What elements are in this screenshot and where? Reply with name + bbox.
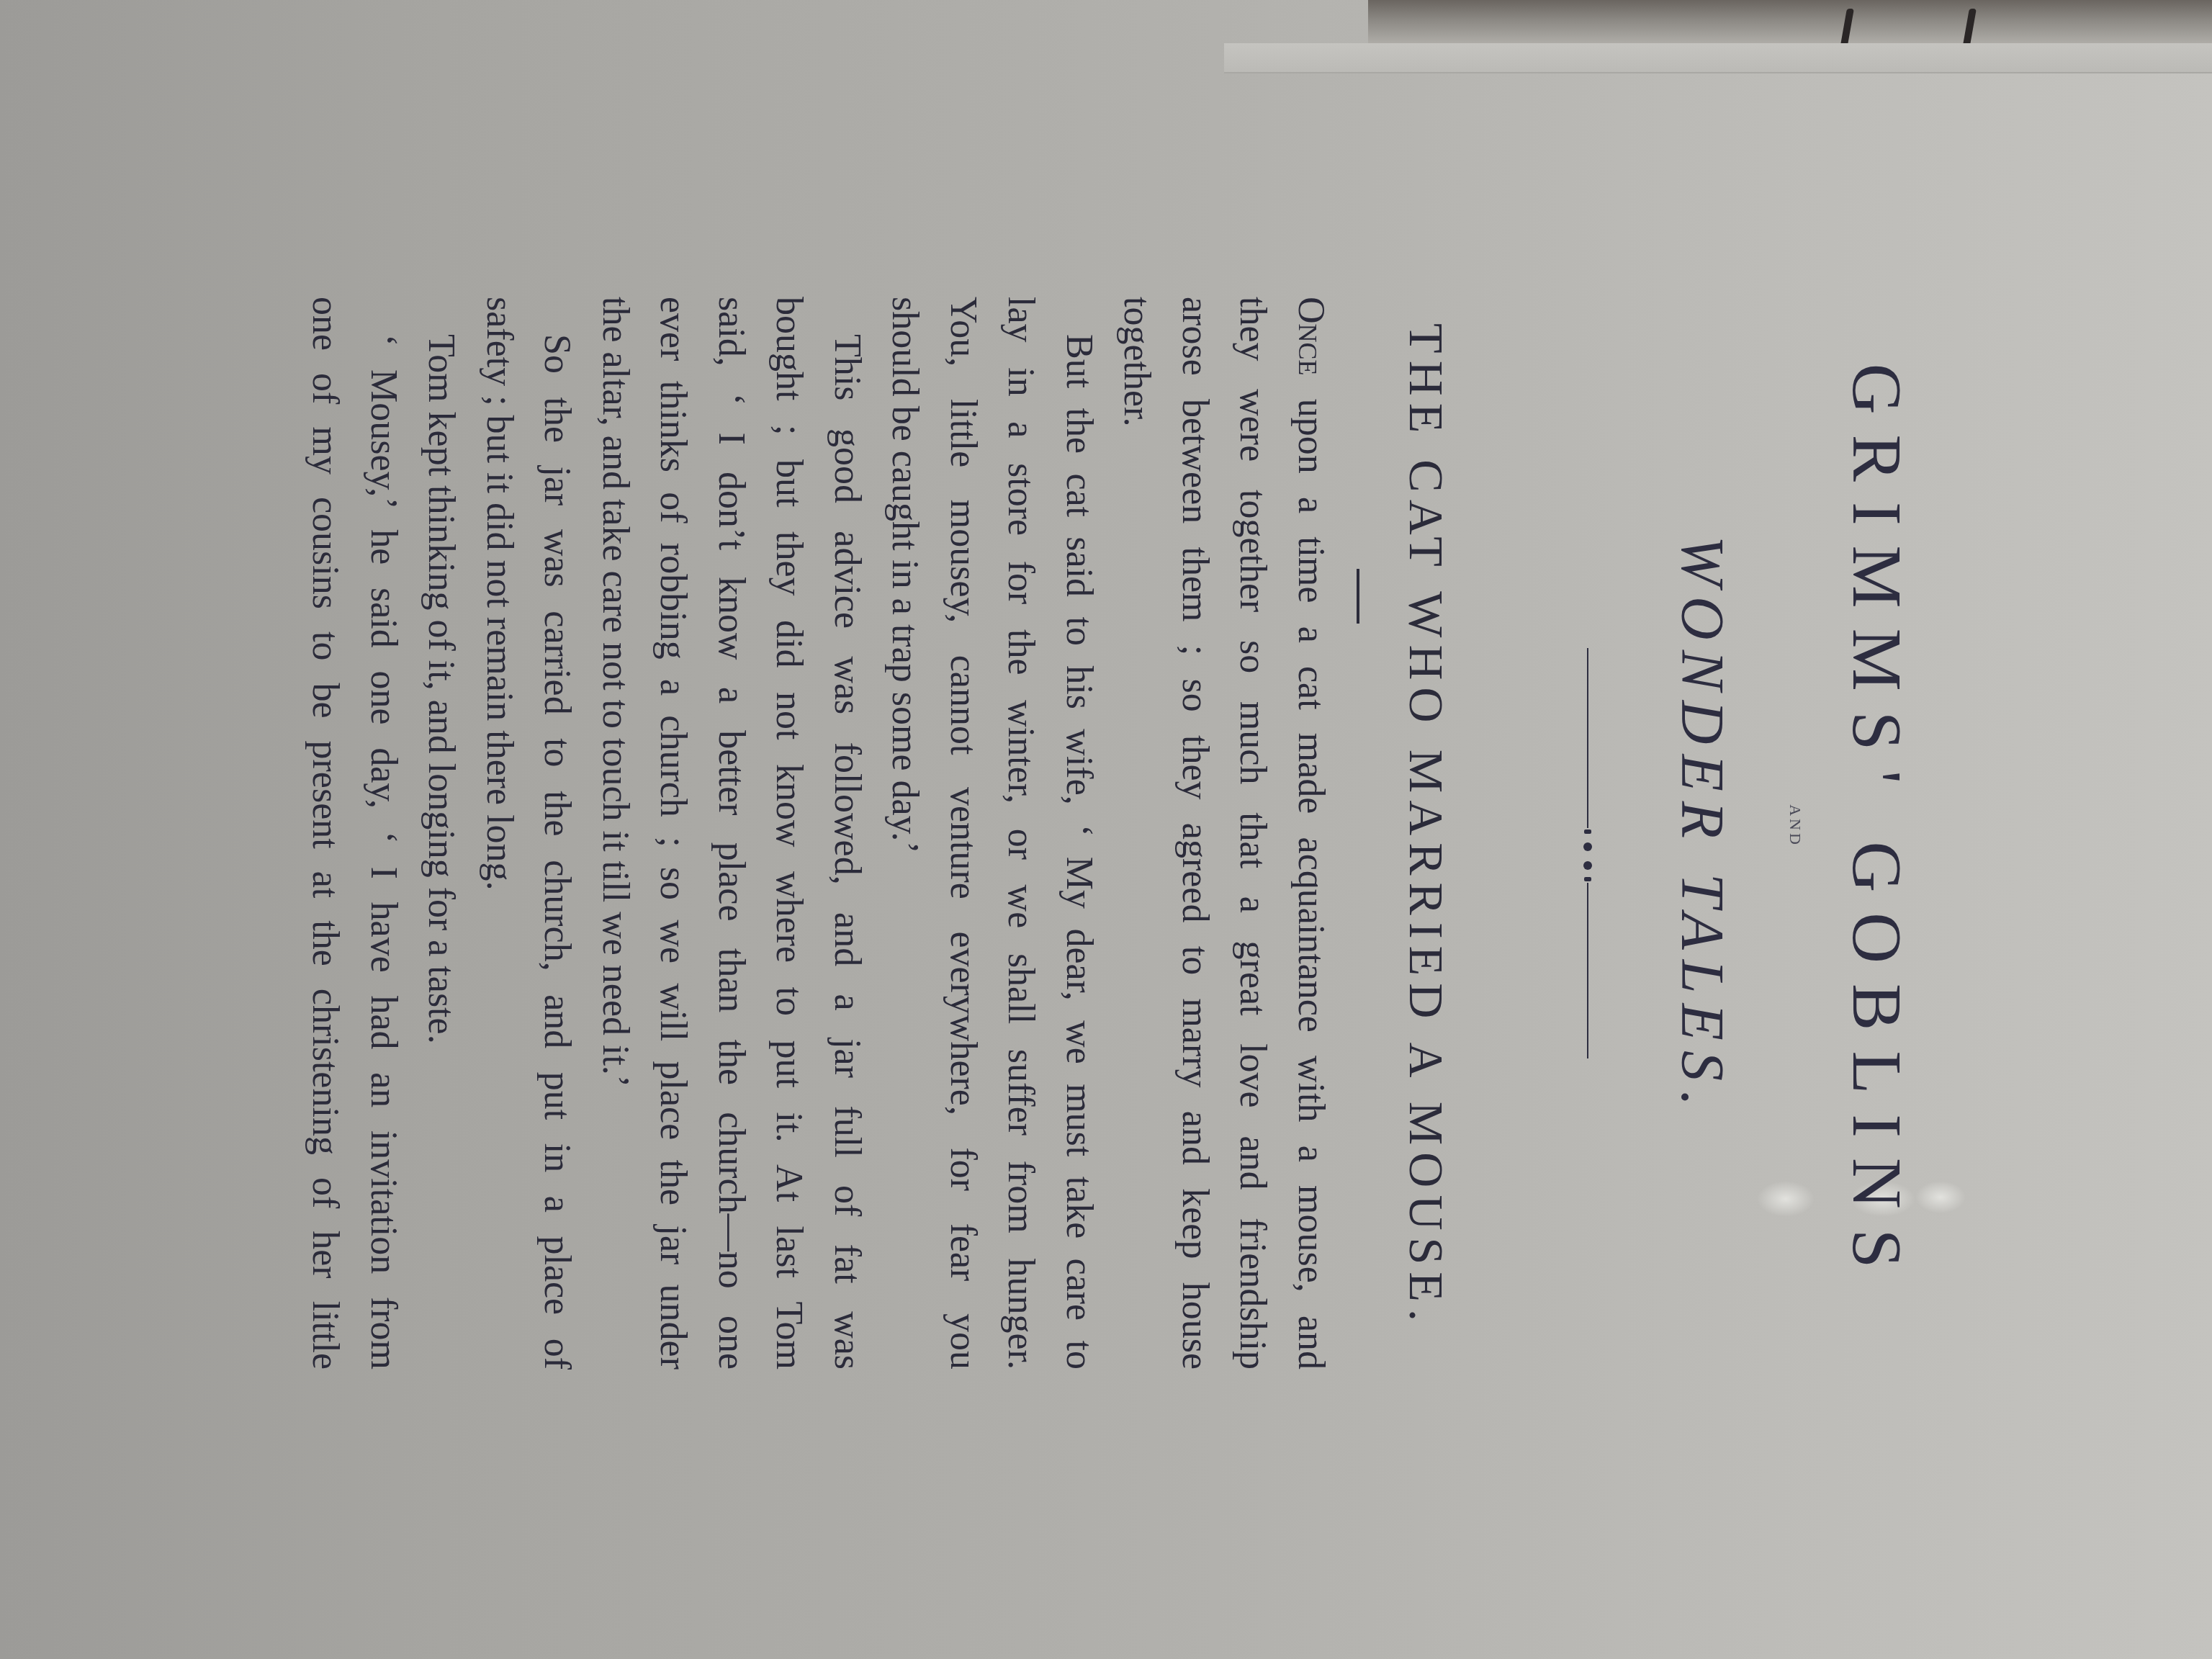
title-rule: [1357, 569, 1359, 624]
story-line: safety ; but it did not remain there lon…: [470, 297, 529, 1370]
story-line: So the jar was carried to the church, an…: [528, 297, 586, 1370]
story-line: they were together so much that a great …: [1223, 297, 1282, 1370]
story-line: lay in a store for the winter, or we sha…: [992, 297, 1050, 1370]
story-line: should be caught in a trap some day.’: [876, 297, 934, 1370]
book-subtitle: WONDER TALES.: [1667, 0, 1737, 1659]
story-line: the altar, and take care not to touch it…: [586, 297, 644, 1370]
story-line: one of my cousins to be present at the c…: [296, 297, 354, 1370]
book-title: GRIMMS' GOBLINS: [1836, 0, 1917, 1659]
photo-scene: GRIMMS' GOBLINS AND WONDER TALES. THE CA…: [0, 0, 2212, 1659]
story-line: This good advice was followed, and a jar…: [818, 297, 876, 1370]
story-title: THE CAT WHO MARRIED A MOUSE.: [1398, 0, 1455, 1659]
ornament-divider: [1583, 648, 1593, 1058]
story-line: Tom kept thinking of it, and longing for…: [412, 297, 470, 1370]
story-line: ever thinks of robbing a church ; so we …: [644, 297, 702, 1370]
story-line: bought ; but they did not know where to …: [760, 297, 818, 1370]
story-line: ‘ Mousey,’ he said one day, ‘ I have had…: [354, 297, 413, 1370]
story-line: arose between them ; so they agreed to m…: [1166, 297, 1224, 1370]
story-body: Once upon a time a cat made acquaintance…: [296, 297, 1339, 1370]
book-page: GRIMMS' GOBLINS AND WONDER TALES. THE CA…: [0, 0, 2212, 1659]
story-line: Once upon a time a cat made acquaintance…: [1282, 297, 1340, 1370]
story-line: together.: [1107, 297, 1166, 1370]
story-line: You, little mousey, cannot venture every…: [934, 297, 992, 1370]
story-line: said, ‘ I don’t know a better place than…: [702, 297, 760, 1370]
book-title-conjunction: AND: [1786, 0, 1804, 1659]
story-line: But the cat said to his wife, ‘ My dear,…: [1050, 297, 1108, 1370]
